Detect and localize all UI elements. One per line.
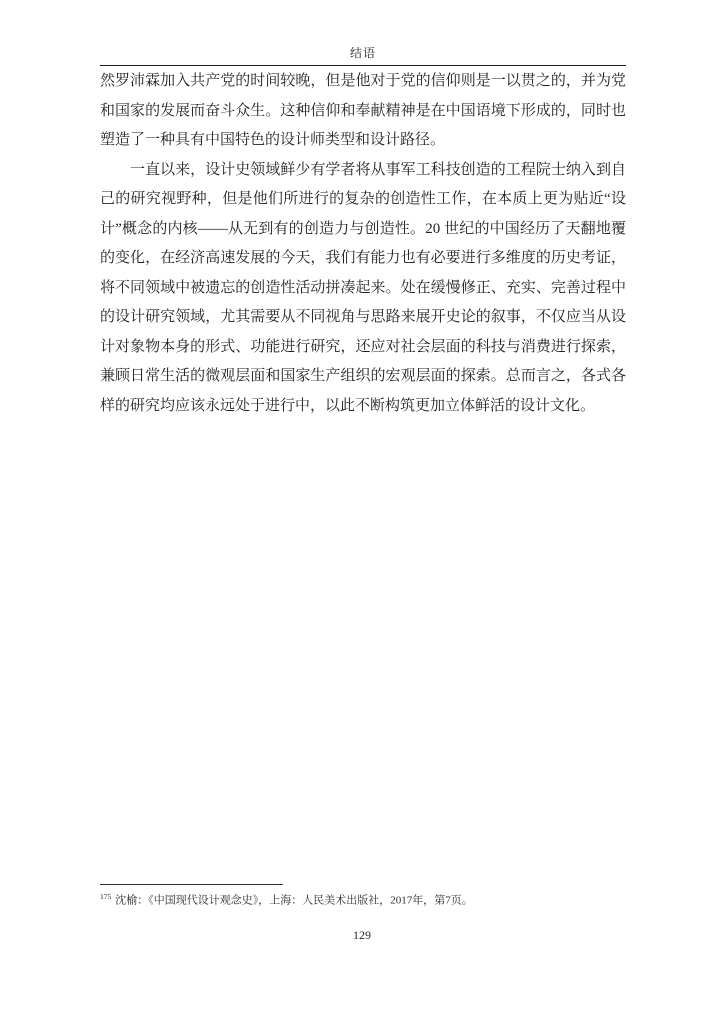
document-page: 结语 然罗沛霖加入共产党的时间较晚，但是他对于党的信仰则是一以贯之的，并为党和国… [0,0,724,1023]
page-content: 结语 然罗沛霖加入共产党的时间较晚，但是他对于党的信仰则是一以贯之的，并为党和国… [100,44,626,421]
body-text: 然罗沛霖加入共产党的时间较晚，但是他对于党的信仰则是一以贯之的，并为党和国家的发… [100,67,626,421]
footnote-text: 沈榆：《中国现代设计观念史》，上海：人民美术出版社，2017年，第7页。 [115,895,473,907]
paragraph: 然罗沛霖加入共产党的时间较晚，但是他对于党的信仰则是一以贯之的，并为党和国家的发… [100,67,626,156]
footnote-section: 175沈榆：《中国现代设计观念史》，上海：人民美术出版社，2017年，第7页。 [100,884,626,909]
footnote: 175沈榆：《中国现代设计观念史》，上海：人民美术出版社，2017年，第7页。 [100,889,626,909]
footnote-marker: 175 [100,892,111,901]
footnote-rule [100,884,283,885]
running-header: 结语 [100,44,626,61]
header-rule [100,65,626,66]
paragraph: 一直以来，设计史领域鲜少有学者将从事军工科技创造的工程院士纳入到自己的研究视野种… [100,156,626,422]
page-number: 129 [0,928,724,943]
